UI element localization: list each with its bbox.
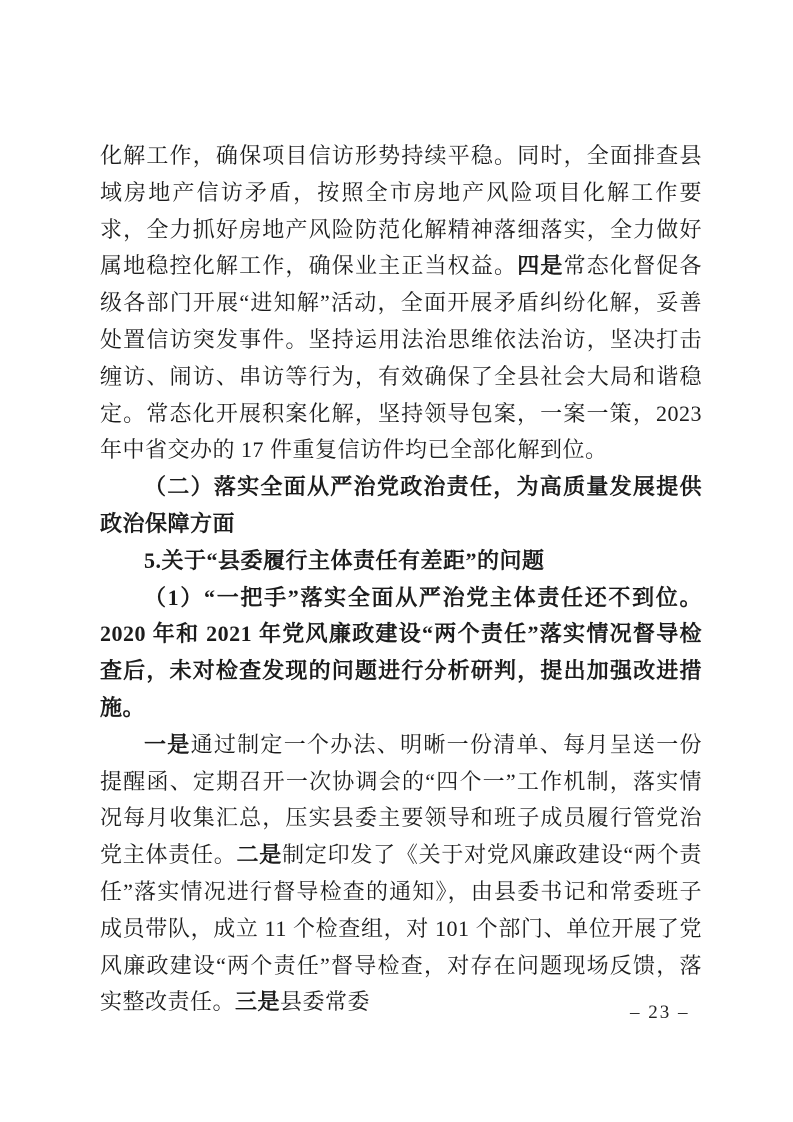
text-run: 常态化督促各级各部门开展“进知解”活动，全面开展矛盾纠纷化解，妥善处置信访突发事… <box>100 253 702 462</box>
paragraph-5: 一是通过制定一个办法、明晰一份清单、每月呈送一份提醒函、定期召开一次协调会的“四… <box>100 727 702 1021</box>
paragraph-4: （1）“一把手”落实全面从严治党主体责任还不到位。2020 年和 2021 年党… <box>100 580 702 727</box>
document-body: 化解工作，确保项目信访形势持续平稳。同时，全面排查县域房地产信访矛盾，按照全市房… <box>100 138 702 1021</box>
text-run: 制定印发了《关于对党风廉政建设“两个责任”落实情况进行督导检查的通知》，由县委书… <box>100 842 702 1014</box>
bold-run: （1）“一把手”落实全面从严治党主体责任还不到位。2020 年和 2021 年党… <box>100 585 702 720</box>
bold-run: 三是 <box>235 989 280 1014</box>
bold-run: 一是 <box>144 732 191 757</box>
paragraph-3: 5.关于“县委履行主体责任有差距”的问题 <box>100 543 702 580</box>
bold-run: 5.关于“县委履行主体责任有差距”的问题 <box>144 548 545 573</box>
document-page: 化解工作，确保项目信访形势持续平稳。同时，全面排查县域房地产信访矛盾，按照全市房… <box>0 0 793 1122</box>
bold-run: 四是 <box>517 253 563 278</box>
page-number: – 23 – <box>630 1002 690 1024</box>
bold-run: 二是 <box>237 842 283 867</box>
text-run: 县委常委 <box>280 989 370 1014</box>
paragraph-1: 化解工作，确保项目信访形势持续平稳。同时，全面排查县域房地产信访矛盾，按照全市房… <box>100 138 702 469</box>
paragraph-2: （二）落实全面从严治党政治责任，为高质量发展提供政治保障方面 <box>100 469 702 543</box>
bold-run: （二）落实全面从严治党政治责任，为高质量发展提供政治保障方面 <box>100 474 702 536</box>
